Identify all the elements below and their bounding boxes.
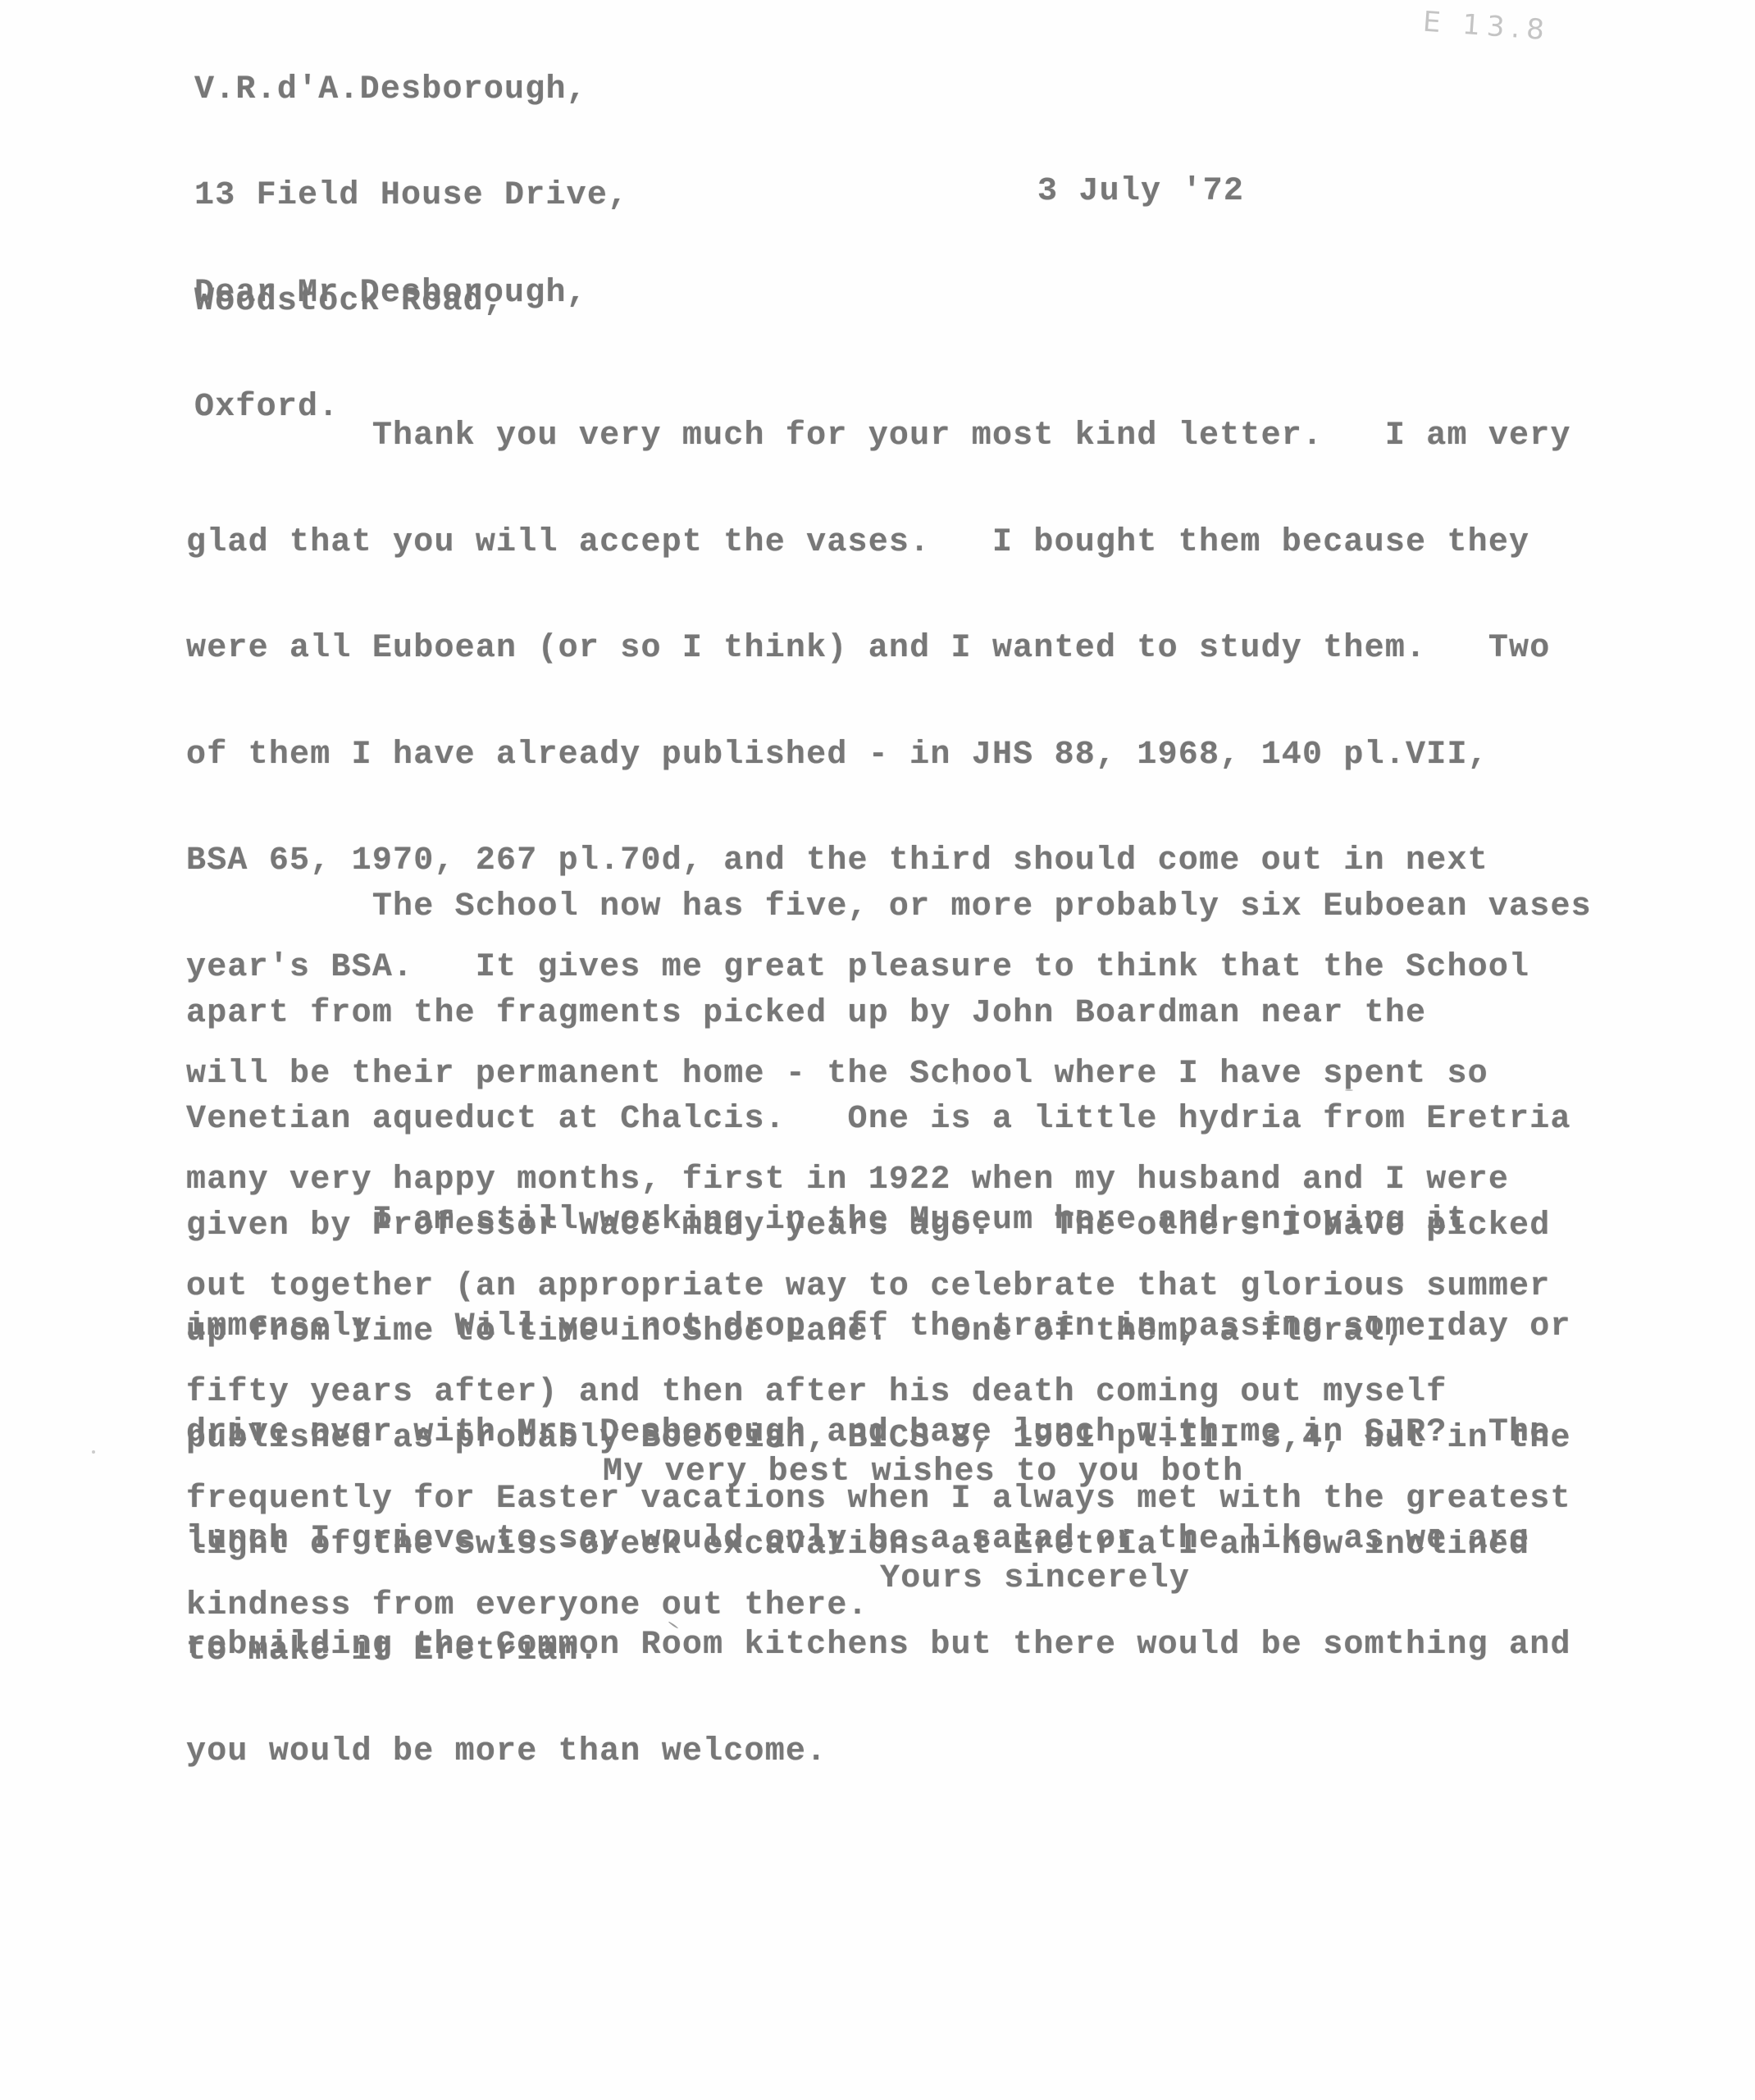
text-line: apart from the fragments picked up by Jo… <box>186 996 1592 1032</box>
closing: My very best wishes to you both Yours si… <box>603 1384 1243 1668</box>
scan-speck <box>1345 1089 1353 1091</box>
text-line: were all Euboean (or so I think) and I w… <box>186 631 1571 667</box>
sender-address-line: 13 Field House Drive, <box>194 178 628 213</box>
letter-date: 3 July '72 <box>1037 174 1244 209</box>
letter-page: E 13.8 V.R.d'A.Desborough, 13 Field Hous… <box>0 0 1755 2100</box>
text-line: I am still working in the Museum here an… <box>186 1203 1571 1239</box>
text-line: glad that you will accept the vases. I b… <box>186 525 1571 561</box>
text-line: The School now has five, or more probabl… <box>186 889 1592 925</box>
text-line: immensely. Will you not drop off the tra… <box>186 1309 1571 1345</box>
scan-speck <box>955 1081 958 1084</box>
text-line: of them I have already published - in JH… <box>186 737 1571 774</box>
scan-speck <box>92 1450 95 1454</box>
salutation: Dear Mr Desborough, <box>194 276 587 311</box>
archive-reference-mark: E 13.8 <box>1422 6 1552 48</box>
valediction: Yours sincerely <box>603 1561 1243 1597</box>
sender-address-line: V.R.d'A.Desborough, <box>194 72 628 107</box>
text-line: you would be more than welcome. <box>186 1734 1571 1770</box>
text-line: Thank you very much for your most kind l… <box>186 418 1571 454</box>
closing-wishes: My very best wishes to you both <box>603 1454 1243 1491</box>
